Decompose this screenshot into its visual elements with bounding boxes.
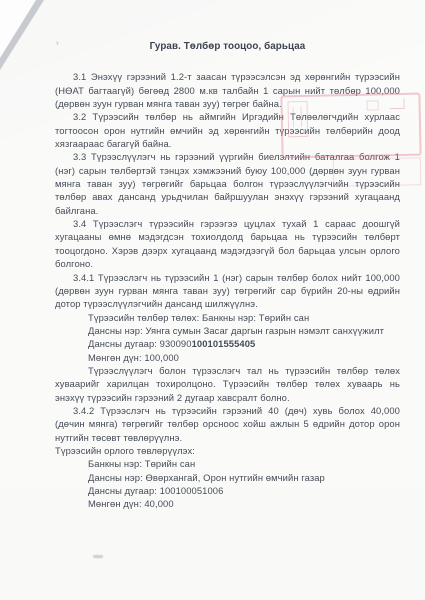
- official-stamp-secondary-icon: [333, 157, 421, 187]
- payment-account-name: Дансны нэр: Уянга сумын Засаг даргын газ…: [55, 324, 400, 337]
- account-number-prefix: 930090: [160, 338, 192, 349]
- payment-account-number: Дансны дугаар: 930090100101555405: [55, 337, 400, 350]
- payment-bank-header: Түрээсийн төлбөр төлөх: Банкны нэр: Төри…: [55, 311, 400, 324]
- scanned-contract-page: ˀ Гурав. Төлбөр тооцоо, барьцаа 3.1 Энэх…: [0, 0, 425, 600]
- paragraph-schedule: Түрээслүүлэгч болон түрээслэгч тал нь тү…: [55, 364, 400, 404]
- paragraph-3-4-2: 3.4.2 Түрээслэгч нь түрээсийн гэрээний 4…: [55, 404, 400, 444]
- income-account-name: Дансны нэр: Өвөрхангай, Орон нутгийн өмч…: [55, 471, 400, 484]
- account-number-label: Дансны дугаар:: [88, 338, 160, 349]
- section-title: Гурав. Төлбөр тооцоо, барьцаа: [55, 40, 400, 53]
- income-bank-name: Банкны нэр: Төрийн сан: [55, 457, 400, 470]
- payment-amount: Мөнгөн дүн: 100,000: [55, 351, 400, 364]
- paragraph-3-4-1: 3.4.1 Түрээслэгч нь түрээсийн 1 (нэг) са…: [55, 271, 400, 311]
- income-account-number: Дансны дугаар: 100100051006: [55, 484, 400, 497]
- stamp-mark: [389, 98, 404, 109]
- stamp-mark: [366, 100, 378, 110]
- scan-speck: [93, 555, 103, 558]
- paragraph-3-4: 3.4 Түрээслэгч түрээсийн гэрээгээ цуцлах…: [55, 217, 400, 270]
- account-number-main: 100101555405: [192, 338, 256, 349]
- income-amount: Мөнгөн дүн: 40,000: [55, 497, 400, 510]
- income-header: Түрээсийн орлого төвлөрүүлэх:: [55, 444, 400, 457]
- official-stamp-icon: [280, 93, 421, 159]
- stamp-mark: [293, 107, 302, 127]
